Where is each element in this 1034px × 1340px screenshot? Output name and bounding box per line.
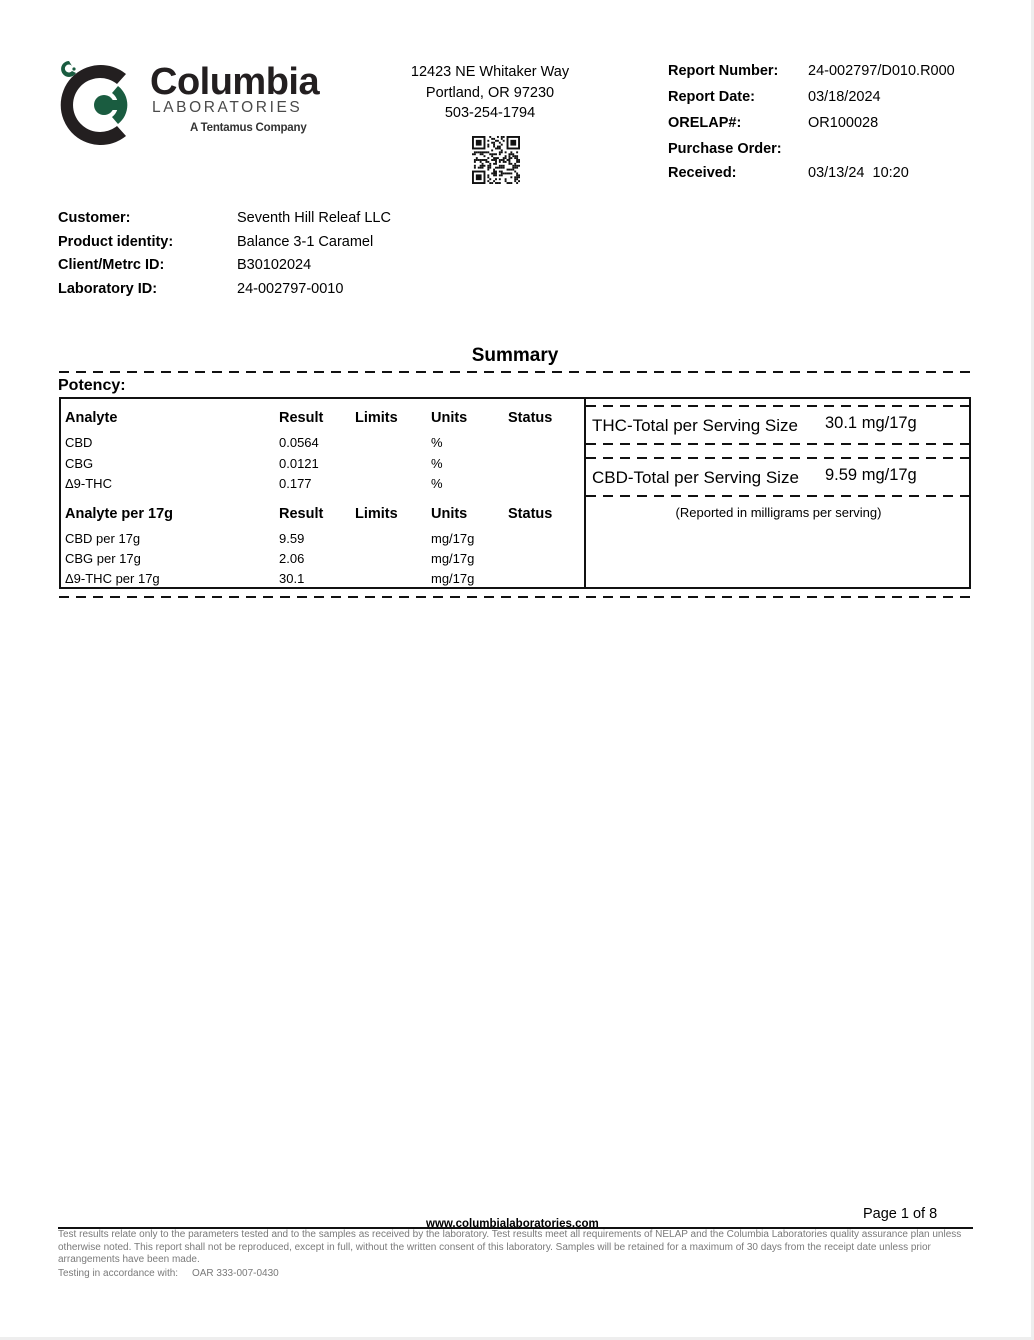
tentamus-icon: [60, 60, 78, 78]
dashed-divider: [59, 596, 971, 598]
cbd-total-label: CBD-Total per Serving Size: [592, 468, 799, 488]
units-cell: %: [431, 456, 443, 471]
received-value: 03/13/24 10:20: [808, 164, 909, 182]
units-cell: mg/17g: [431, 531, 474, 546]
units-cell: %: [431, 476, 443, 491]
result-cell: 0.0564: [279, 435, 319, 450]
orelap-label: ORELAP#:: [668, 114, 741, 132]
laboratory-id-label: Laboratory ID:: [58, 280, 157, 298]
received-label: Received:: [668, 164, 737, 182]
customer-label: Customer:: [58, 209, 131, 227]
report-number-label: Report Number:: [668, 62, 778, 80]
testing-standard: Testing in accordance with: OAR 333-007-…: [58, 1267, 279, 1280]
analyte-cell: CBD per 17g: [65, 531, 140, 546]
brand-subtitle: LABORATORIES: [152, 99, 302, 117]
address-city: Portland, OR 97230: [395, 83, 585, 104]
brand-name: Columbia: [150, 60, 319, 104]
result-cell: 0.0121: [279, 456, 319, 471]
units-cell: mg/17g: [431, 571, 474, 586]
qr-code-icon[interactable]: [472, 136, 520, 184]
testing-value: OAR 333-007-0430: [192, 1268, 279, 1279]
customer-value: Seventh Hill Releaf LLC: [237, 209, 391, 227]
brand-tagline: A Tentamus Company: [190, 121, 307, 135]
report-date-value: 03/18/2024: [808, 88, 881, 106]
orelap-value: OR100028: [808, 114, 878, 132]
dashed-divider: [586, 443, 971, 445]
col-limits: Limits: [355, 410, 398, 426]
analyte-cell: Δ9-THC: [65, 476, 112, 491]
dashed-divider: [586, 457, 971, 459]
units-cell: %: [431, 435, 443, 450]
report-date-label: Report Date:: [668, 88, 755, 106]
serving-note: (Reported in milligrams per serving): [586, 505, 971, 520]
col-status: Status: [508, 506, 552, 522]
col-limits: Limits: [355, 506, 398, 522]
result-cell: 0.177: [279, 476, 312, 491]
result-cell: 2.06: [279, 551, 304, 566]
analyte-cell: CBG per 17g: [65, 551, 141, 566]
testing-label: Testing in accordance with:: [58, 1268, 178, 1279]
dashed-divider: [586, 405, 971, 407]
thc-total-value: 30.1 mg/17g: [825, 414, 917, 433]
analyte-cell: Δ9-THC per 17g: [65, 571, 160, 586]
table-divider: [584, 397, 586, 589]
report-number-value: 24-002797/D010.R000: [808, 62, 955, 80]
lab-address: 12423 NE Whitaker Way Portland, OR 97230…: [395, 62, 585, 124]
page-number: Page 1 of 8: [863, 1206, 937, 1222]
summary-title: Summary: [0, 345, 1030, 367]
address-phone: 503-254-1794: [395, 103, 585, 124]
client-id-label: Client/Metrc ID:: [58, 256, 164, 274]
product-identity-value: Balance 3-1 Caramel: [237, 233, 373, 251]
col-result: Result: [279, 410, 323, 426]
client-id-value: B30102024: [237, 256, 311, 274]
col-analyte-per-serving: Analyte per 17g: [65, 506, 173, 522]
col-status: Status: [508, 410, 552, 426]
col-units: Units: [431, 410, 467, 426]
col-result: Result: [279, 506, 323, 522]
result-cell: 30.1: [279, 571, 304, 586]
product-identity-label: Product identity:: [58, 233, 173, 251]
analyte-cell: CBG: [65, 456, 93, 471]
dashed-divider: [586, 495, 971, 497]
company-logo: Columbia LABORATORIES A Tentamus Company: [60, 60, 330, 150]
col-analyte: Analyte: [65, 410, 117, 426]
laboratory-id-value: 24-002797-0010: [237, 280, 343, 298]
thc-total-label: THC-Total per Serving Size: [592, 416, 798, 436]
analyte-cell: CBD: [65, 435, 92, 450]
disclaimer-text: Test results relate only to the paramete…: [58, 1229, 973, 1267]
dashed-divider: [59, 371, 971, 373]
cbd-total-value: 9.59 mg/17g: [825, 466, 917, 485]
result-cell: 9.59: [279, 531, 304, 546]
address-street: 12423 NE Whitaker Way: [395, 62, 585, 83]
purchase-order-label: Purchase Order:: [668, 140, 782, 158]
col-units: Units: [431, 506, 467, 522]
potency-label: Potency:: [58, 377, 126, 395]
units-cell: mg/17g: [431, 551, 474, 566]
